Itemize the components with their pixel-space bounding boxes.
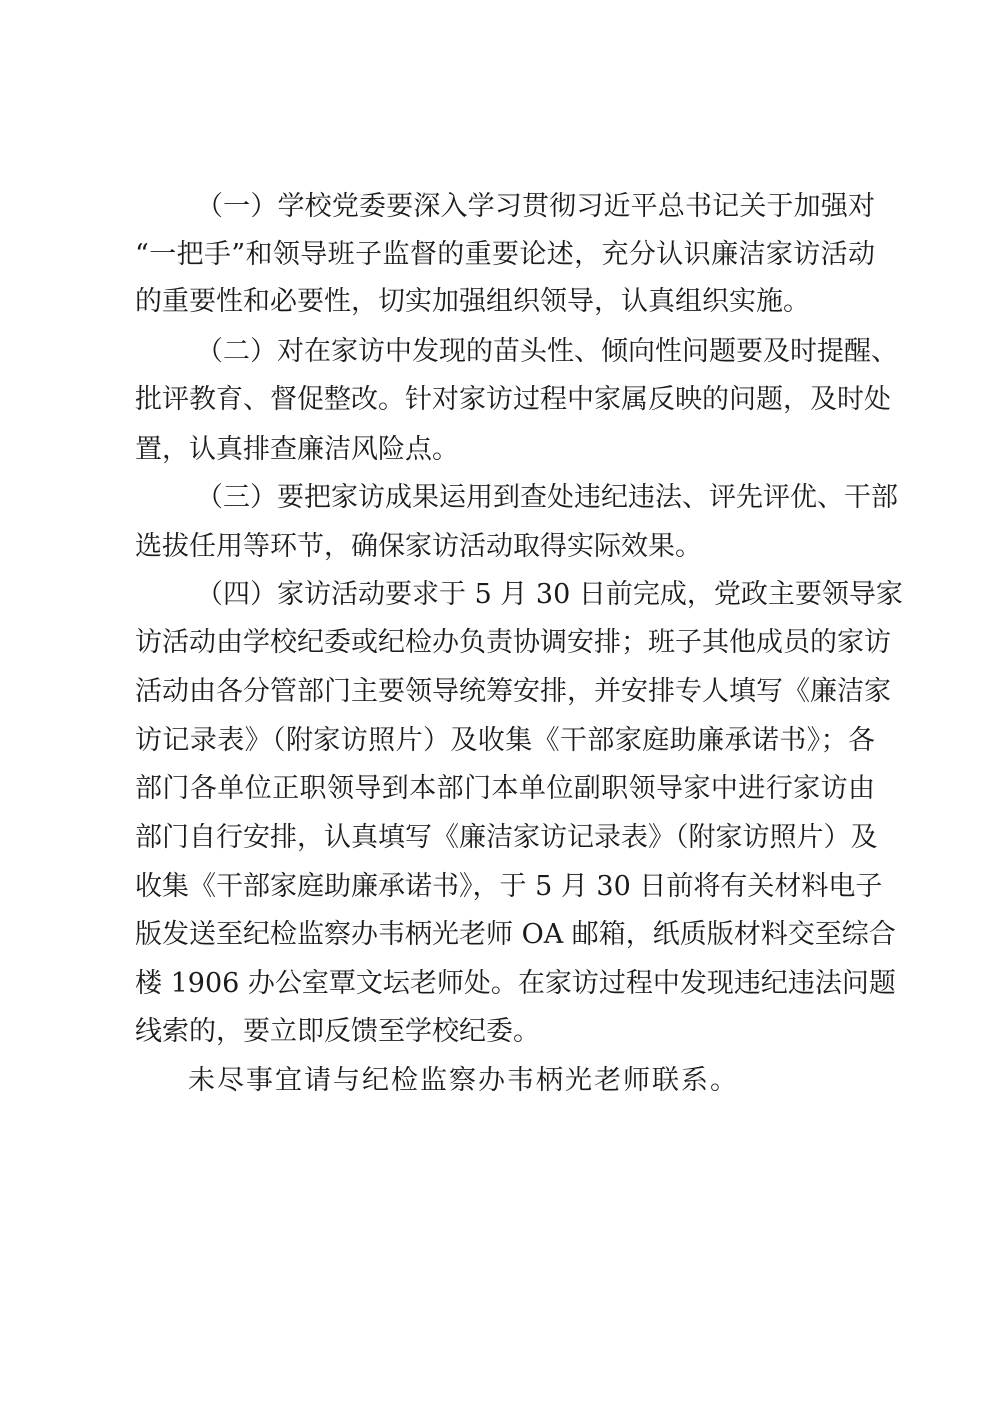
text-line: 楼 1906 办公室覃文坛老师处。在家访过程中发现违纪违法问题: [135, 964, 875, 1004]
text-line: 置，认真排查廉洁风险点。: [135, 430, 875, 470]
text-line: （二）对在家访中发现的苗头性、倾向性问题要及时提醒、: [196, 332, 875, 372]
text-line: （一）学校党委要深入学习贯彻习近平总书记关于加强对: [196, 187, 875, 227]
text-line: 部门各单位正职领导到本部门本单位副职领导家中进行家访由: [135, 769, 875, 809]
text-line: “一把手”和领导班子监督的重要论述，充分认识廉洁家访活动: [135, 235, 875, 275]
text-line: 访活动由学校纪委或纪检办负责协调安排；班子其他成员的家访: [135, 623, 875, 663]
text-line: 部门自行安排，认真填写《廉洁家访记录表》（附家访照片）及: [135, 818, 875, 858]
document-page: （一）学校党委要深入学习贯彻习近平总书记关于加强对 “一把手”和领导班子监督的重…: [0, 0, 1000, 1414]
text-line: （四）家访活动要求于 5 月 30 日前完成，党政主要领导家: [196, 575, 875, 615]
text-line: 的重要性和必要性，切实加强组织领导，认真组织实施。: [135, 282, 875, 322]
text-line: 访记录表》（附家访照片）及收集《干部家庭助廉承诺书》；各: [135, 721, 875, 761]
text-line: 活动由各分管部门主要领导统筹安排，并安排专人填写《廉洁家: [135, 672, 875, 712]
text-line: 选拔任用等环节，确保家访活动取得实际效果。: [135, 527, 875, 567]
text-line: 版发送至纪检监察办韦柄光老师 OA 邮箱，纸质版材料交至综合: [135, 915, 875, 955]
text-line: 线索的，要立即反馈至学校纪委。: [135, 1012, 875, 1052]
text-line: （三）要把家访成果运用到查处违纪违法、评先评优、干部: [196, 478, 875, 518]
text-line: 批评教育、督促整改。针对家访过程中家属反映的问题，及时处: [135, 380, 875, 420]
text-line: 收集《干部家庭助廉承诺书》，于 5 月 30 日前将有关材料电子: [135, 867, 875, 907]
closing-note: 未尽事宜请与纪检监察办韦柄光老师联系。: [188, 1061, 688, 1101]
